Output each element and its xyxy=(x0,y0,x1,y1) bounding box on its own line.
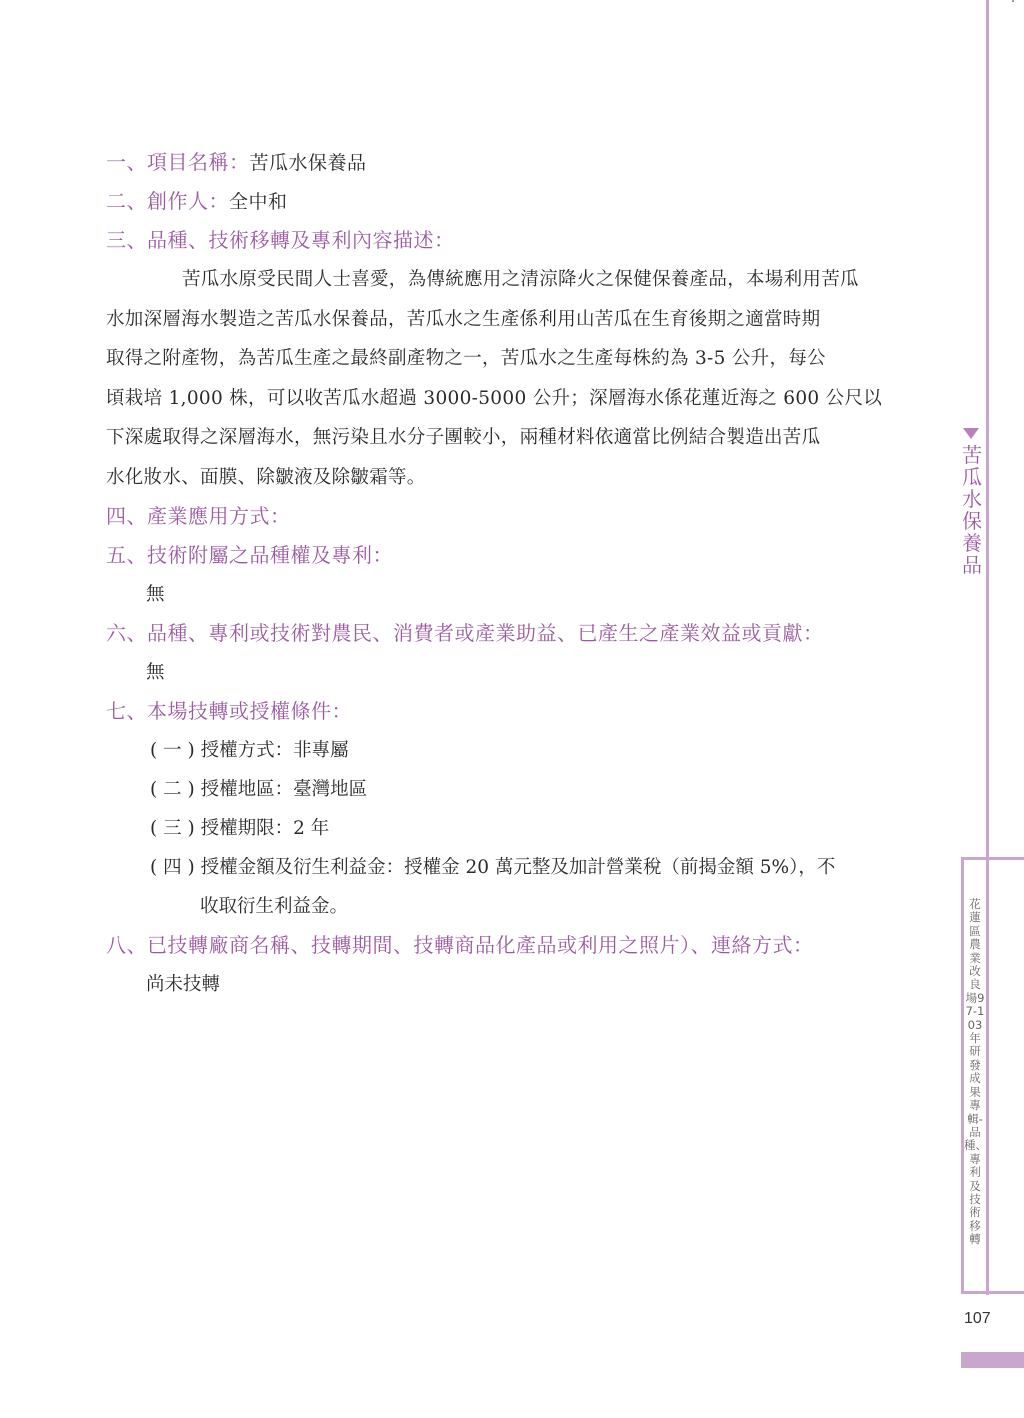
section-8-body: 尚未技轉 xyxy=(106,965,916,1004)
license-condition-item: ( 一 ) 授權方式：非專屬 xyxy=(106,731,916,770)
section-2-label: 二、創作人： xyxy=(106,189,229,213)
description-line: 下深處取得之深層海水，無污染且水分子團較小，兩種材料依適當比例結合製造出苦瓜 xyxy=(106,418,908,458)
project-name-value: 苦瓜水保養品 xyxy=(250,152,367,174)
description-line: 水加深層海水製造之苦瓜水保養品，苦瓜水之生產係利用山苦瓜在生育後期之適當時期 xyxy=(106,300,908,340)
section-8-heading: 八、已技轉廠商名稱、技轉期間、技轉商品化產品或利用之照片）、連絡方式： xyxy=(106,926,916,965)
description-line: 頃栽培 1,000 株，可以收苦瓜水超過 3000-5000 公升；深層海水係花… xyxy=(106,379,908,419)
page-number: 107 xyxy=(964,1310,991,1328)
section-5-body: 無 xyxy=(106,575,916,614)
description-line: 水化妝水、面膜、除皺液及除皺霜等。 xyxy=(106,458,908,498)
triangle-down-icon xyxy=(963,428,979,439)
page-number-bar xyxy=(961,1352,1024,1368)
section-1-heading: 一、項目名稱：苦瓜水保養品 xyxy=(106,143,916,182)
creator-value: 全中和 xyxy=(229,191,288,213)
license-condition-item: ( 四 ) 授權金額及衍生利益金：授權金 20 萬元整及加計營業稅（前揭金額 5… xyxy=(106,848,916,887)
license-condition-item: ( 二 ) 授權地區：臺灣地區 xyxy=(106,770,916,809)
section-5-heading: 五、技術附屬之品種權及專利： xyxy=(106,536,916,575)
section-2-heading: 二、創作人：全中和 xyxy=(106,182,916,221)
description-line: 取得之附產物，為苦瓜生產之最終副產物之一，苦瓜水之生產每株約為 3-5 公升，每… xyxy=(106,339,908,379)
description-line: 苦瓜水原受民間人士喜愛，為傳統應用之清涼降火之保健保養產品，本場利用苦瓜 xyxy=(106,260,908,300)
document-body: 一、項目名稱：苦瓜水保養品 二、創作人：全中和 三、品種、技術移轉及專利內容描述… xyxy=(106,143,916,1004)
book-title-vertical: 花蓮區農業改良場97-103年研發成果專輯-品種、專利及技術移轉 xyxy=(964,898,986,1247)
crop-mark xyxy=(1012,0,1014,2)
section-6-body: 無 xyxy=(106,653,916,692)
section-6-heading: 六、品種、專利或技術對農民、消費者或產業助益、已產生之產業效益或貢獻： xyxy=(106,614,916,653)
section-3-description: 苦瓜水原受民間人士喜愛，為傳統應用之清涼降火之保健保養產品，本場利用苦瓜 水加深… xyxy=(106,260,908,497)
section-7-heading: 七、本場技轉或授權條件： xyxy=(106,692,916,731)
license-condition-continuation: 收取衍生利益金。 xyxy=(106,887,916,926)
section-3-heading: 三、品種、技術移轉及專利內容描述： xyxy=(106,221,916,260)
section-1-label: 一、項目名稱： xyxy=(106,150,250,174)
license-condition-item: ( 三 ) 授權期限：2 年 xyxy=(106,809,916,848)
chapter-title-vertical: 苦瓜水保養品 xyxy=(960,444,984,576)
section-4-heading: 四、產業應用方式： xyxy=(106,497,916,536)
